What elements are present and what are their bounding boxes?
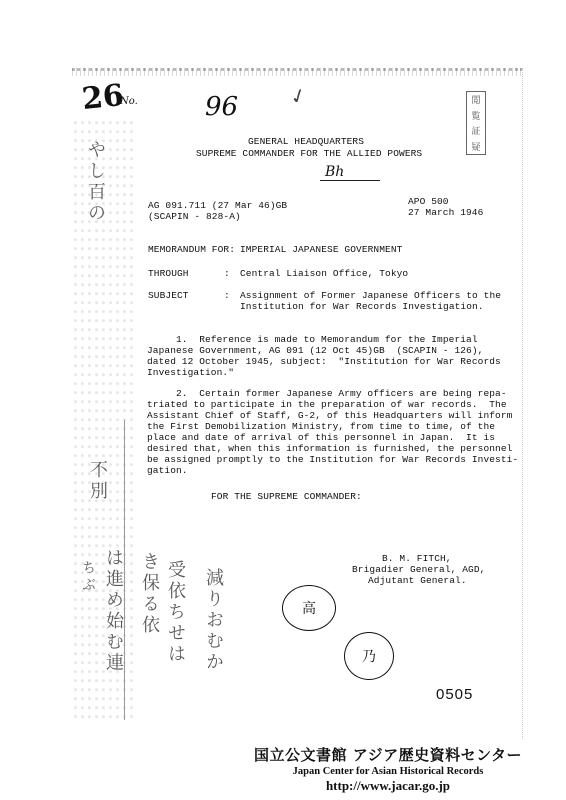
handwritten-margin-note: ちぶ <box>78 560 98 594</box>
paragraph-2-line: the First Demobilization Ministry, from … <box>147 421 495 432</box>
seal-char: 乃 <box>362 646 376 666</box>
paragraph-2-line: Assistant Chief of Staff, G-2, of this H… <box>147 410 512 421</box>
closing-line: FOR THE SUPREME COMMANDER: <box>211 491 362 502</box>
handwritten-margin-note: は進め始む連 <box>100 548 126 674</box>
scan-noise-top <box>72 68 522 76</box>
circled-seal: 高 <box>282 585 336 631</box>
page-number: 0505 <box>436 686 473 703</box>
through-value: Central Liaison Office, Tokyo <box>240 268 408 279</box>
stamp-char: 覧 <box>471 109 480 122</box>
paragraph-2-line: place and date of arrival of this person… <box>147 432 495 443</box>
signatory-name: B. M. FITCH, <box>382 553 452 564</box>
stamp-char: 閲 <box>471 93 480 106</box>
subject-label: SUBJECT <box>148 290 189 301</box>
handwritten-no-label: No. <box>120 96 138 107</box>
paragraph-2-line: 2. Certain former Japanese Army officers… <box>147 388 507 399</box>
stamp-char: 疑 <box>471 140 480 153</box>
footer-english-title: Japan Center for Asian Historical Record… <box>218 766 558 777</box>
handwritten-number: 96 <box>205 92 238 122</box>
handwritten-file-number: 26 <box>80 78 125 117</box>
header-line-2: SUPREME COMMANDER FOR THE ALLIED POWERS <box>196 148 422 159</box>
header-line-1: GENERAL HEADQUARTERS <box>248 136 364 147</box>
handwritten-margin-note: やし百の <box>82 140 108 224</box>
seal-char: 高 <box>302 598 316 618</box>
handwritten-margin-note: 不別 <box>84 460 110 502</box>
paragraph-1-line: dated 12 October 1945, subject: "Institu… <box>147 356 501 367</box>
paragraph-2-line: desired that, when this information is f… <box>147 443 512 454</box>
paragraph-1-line: Japanese Government, AG 091 (12 Oct 45)G… <box>147 345 483 356</box>
handwritten-margin-note: き保る依 <box>136 552 162 636</box>
stamp-char: 証 <box>471 124 480 137</box>
footer-url: http://www.jacar.go.jp <box>218 778 558 794</box>
circled-seal: 乃 <box>344 632 394 680</box>
handwritten-initial: Bh <box>325 164 344 180</box>
subject-line-2: Institution for War Records Investigatio… <box>240 301 484 312</box>
handwritten-margin-note: 受依ちせは <box>162 560 188 665</box>
initial-underline <box>320 180 380 181</box>
footer-japanese-title: 国立公文書館 アジア歴史資料センター <box>218 744 558 765</box>
paragraph-2-line: gation. <box>147 465 188 476</box>
memo-for-label: MEMORANDUM FOR: <box>148 244 235 255</box>
apo-number: APO 500 <box>408 196 449 207</box>
through-separator: : <box>224 268 230 279</box>
through-label: THROUGH <box>148 268 189 279</box>
paragraph-1-line: 1. Reference is made to Memorandum for t… <box>147 334 478 345</box>
reference-line-2: (SCAPIN - 828-A) <box>148 211 241 222</box>
signatory-title: Adjutant General. <box>368 575 467 586</box>
reference-line-1: AG 091.711 (27 Mar 46)GB <box>148 200 287 211</box>
reading-stamp: 閲 覧 証 疑 <box>466 91 486 155</box>
memo-for-value: IMPERIAL JAPANESE GOVERNMENT <box>240 244 402 255</box>
handwritten-margin-note: 減りおむか <box>200 568 226 673</box>
paragraph-2-line: triated to participate in the preparatio… <box>147 399 507 410</box>
subject-separator: : <box>224 290 230 301</box>
paragraph-1-line: Investigation." <box>147 367 234 378</box>
document-date: 27 March 1946 <box>408 207 483 218</box>
subject-line-1: Assignment of Former Japanese Officers t… <box>240 290 501 301</box>
archive-footer: 国立公文書館 アジア歴史資料センター Japan Center for Asia… <box>218 744 558 794</box>
signatory-rank: Brigadier General, AGD, <box>352 564 485 575</box>
paragraph-2-line: be assigned promptly to the Institution … <box>147 454 518 465</box>
